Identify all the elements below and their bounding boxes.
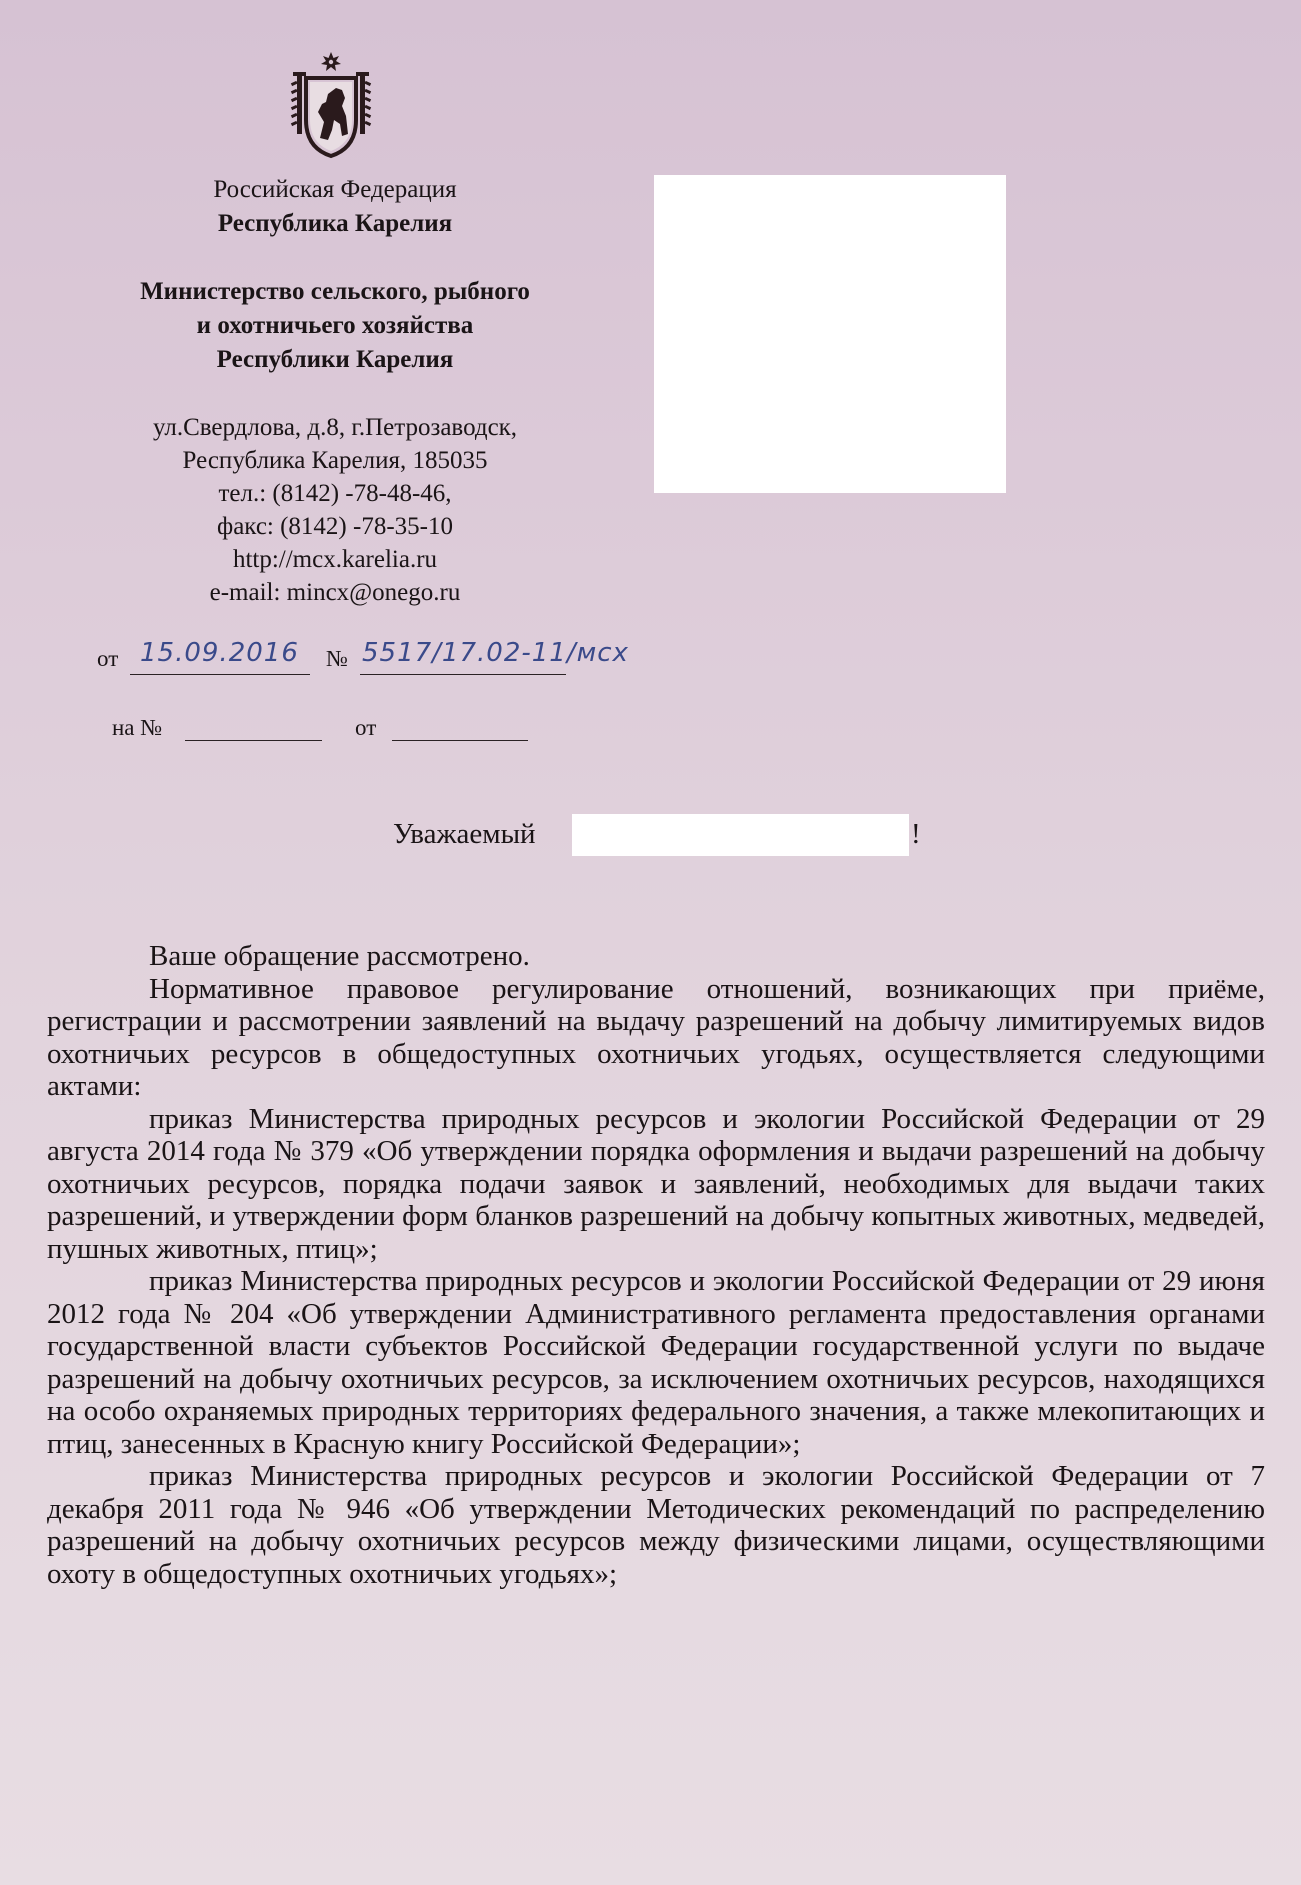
salutation-exclamation: ! [911, 818, 921, 851]
reply-number-underline [185, 740, 322, 741]
letter-body: Ваше обращение рассмотрено. Нормативное … [47, 940, 1265, 1590]
outgoing-number-label: № [326, 646, 348, 672]
karelia-coat-of-arms-icon [290, 50, 372, 160]
ministry-name-line-3: Республики Карелия [75, 346, 595, 374]
letterhead-country: Российская Федерация [75, 176, 595, 204]
address-fax: факс: (8142) -78-35-10 [75, 513, 595, 541]
address-street: ул.Свердлова, д.8, г.Петрозаводск, [75, 414, 595, 442]
ministry-name-line-1: Министерство сельского, рыбного [75, 278, 595, 306]
outgoing-date-label: от [97, 646, 118, 672]
letter-page: Российская Федерация Республика Карелия … [0, 0, 1301, 1885]
outgoing-date-underline [130, 674, 310, 675]
outgoing-number-underline [360, 674, 566, 675]
redacted-recipient-name [572, 814, 909, 856]
reply-date-label: от [355, 715, 376, 741]
body-paragraph-order-204: приказ Министерства природных ресурсов и… [47, 1265, 1265, 1460]
address-phone: тел.: (8142) -78-48-46, [75, 480, 595, 508]
ministry-name-line-2: и охотничьего хозяйства [75, 312, 595, 340]
body-paragraph-regulation-intro: Нормативное правовое регулирование отнош… [47, 973, 1265, 1103]
reply-date-underline [392, 740, 528, 741]
reply-number-label: на № [112, 715, 162, 741]
letterhead-republic: Республика Карелия [75, 210, 595, 238]
outgoing-date-handwritten: 15.09.2016 [140, 638, 299, 668]
address-email: e-mail: mincx@onego.ru [75, 579, 595, 607]
body-paragraph-order-946: приказ Министерства природных ресурсов и… [47, 1460, 1265, 1590]
body-paragraph-order-379: приказ Министерства природных ресурсов и… [47, 1103, 1265, 1266]
salutation-greeting: Уважаемый [393, 818, 536, 851]
outgoing-number-handwritten: 5517/17.02-11/мсх [362, 638, 629, 668]
address-website: http://mcx.karelia.ru [75, 546, 595, 574]
body-paragraph-reviewed: Ваше обращение рассмотрено. [47, 940, 1265, 973]
address-region: Республика Карелия, 185035 [75, 447, 595, 475]
redacted-addressee-block [654, 175, 1006, 493]
